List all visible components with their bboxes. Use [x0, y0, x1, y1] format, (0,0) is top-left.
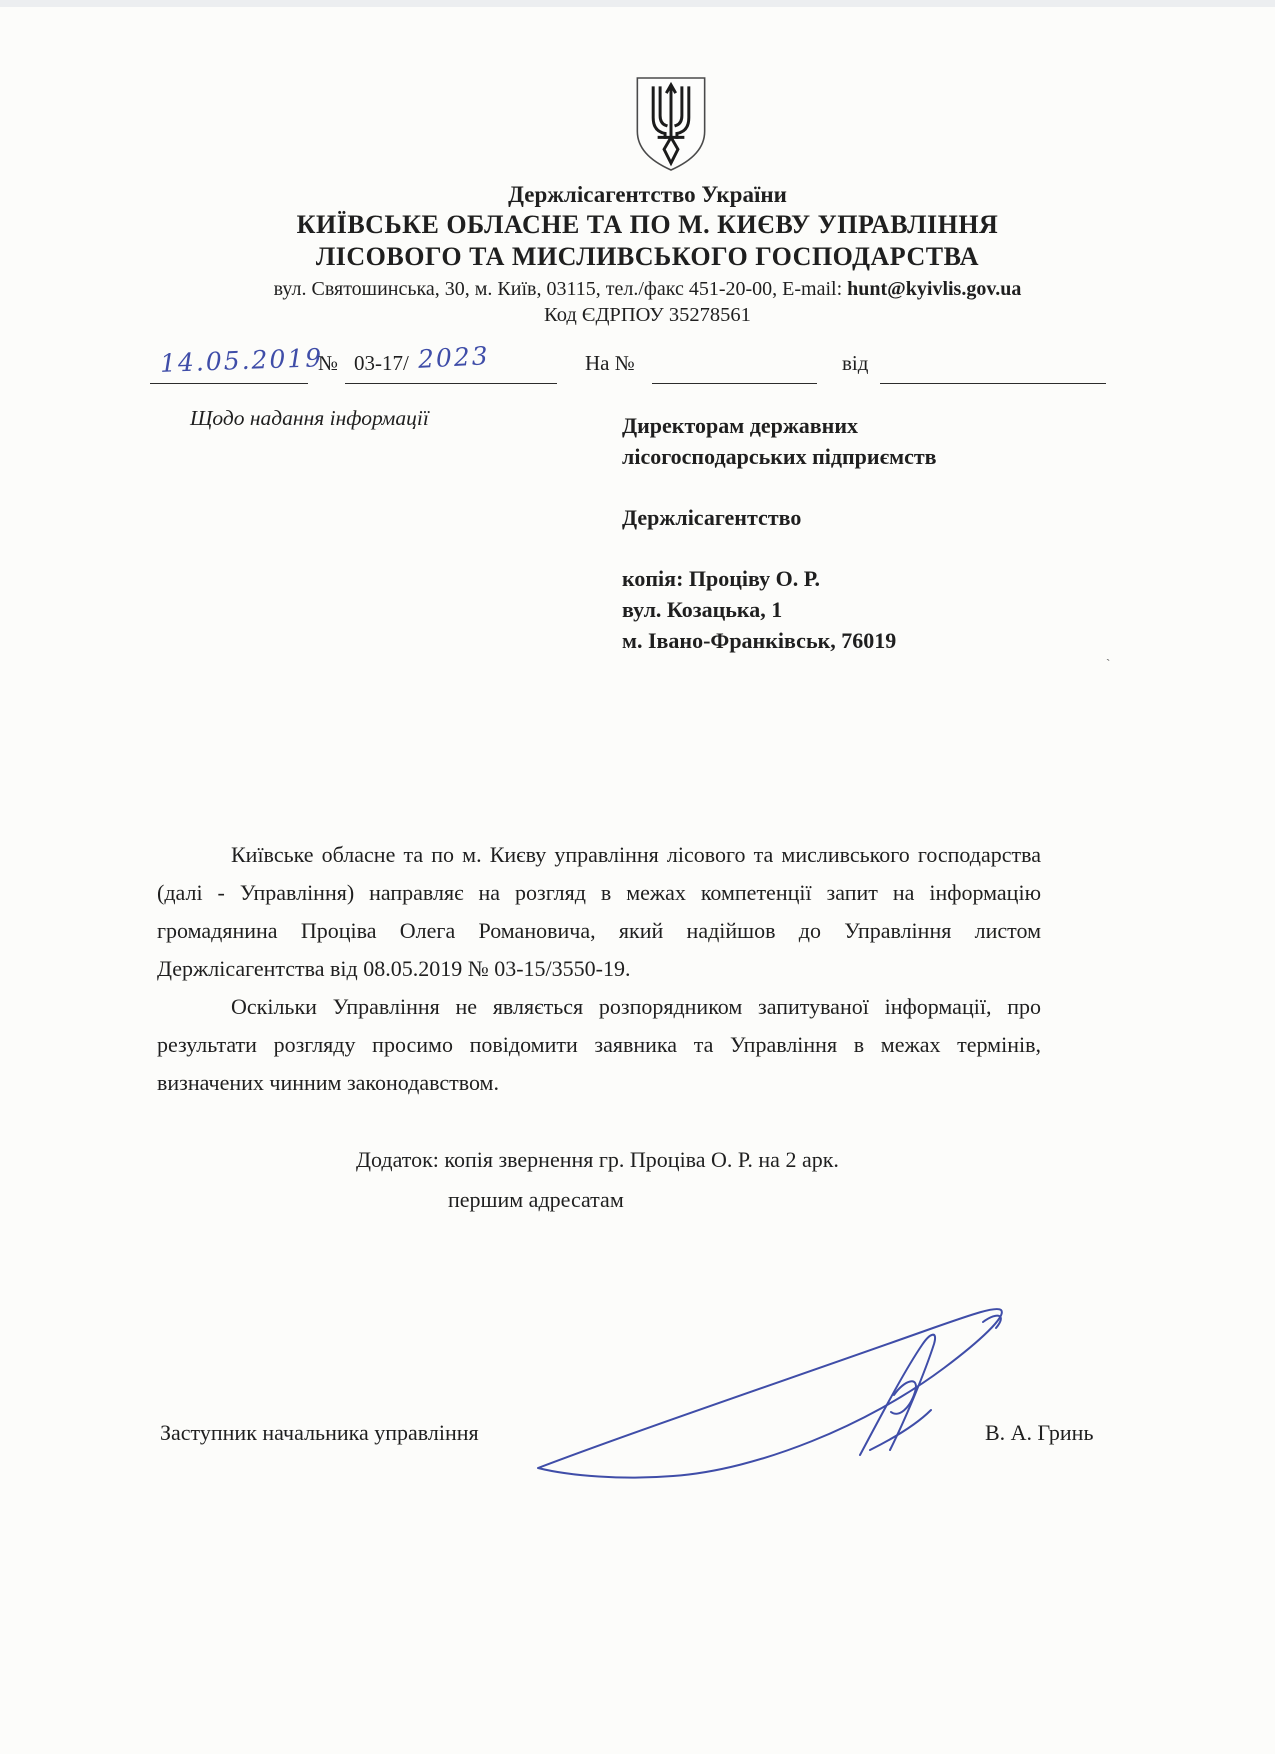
body-paragraph: Оскільки Управління не являється розпоря…	[157, 988, 1041, 1102]
addressee-line: лісогосподарських підприємств	[622, 441, 937, 472]
org-address-line: вул. Святошинська, 30, м. Київ, 03115, т…	[110, 276, 1185, 302]
org-email: hunt@kyivlis.gov.ua	[847, 278, 1021, 300]
ukraine-trident-emblem-icon	[633, 76, 709, 173]
addressee-line: Держлісагентство	[622, 502, 937, 533]
from-date-underline	[880, 383, 1106, 384]
letter-body: Київське обласне та по м. Києву управлін…	[157, 836, 1041, 1102]
address-text: вул. Святошинська, 30, м. Київ, 03115, т…	[274, 278, 848, 300]
handwritten-number: 2023	[417, 341, 490, 374]
date-underline	[150, 383, 308, 384]
reply-number-underline	[652, 383, 817, 384]
outgoing-number-printed: 03-17/	[354, 351, 409, 376]
agency-name: Держлісагентство України	[110, 180, 1185, 209]
body-paragraph: Київське обласне та по м. Києву управлін…	[157, 836, 1041, 988]
addressee-block: Директорам державних лісогосподарських п…	[622, 410, 937, 656]
letterhead: Держлісагентство України КИЇВСЬКЕ ОБЛАСН…	[110, 180, 1185, 328]
copy-recipient-line: копія: Проціву О. Р.	[622, 563, 937, 594]
addressee-line: Директорам державних	[622, 410, 937, 441]
reply-to-number-label: На №	[585, 351, 635, 376]
scan-speck-artifact: `	[1106, 656, 1110, 672]
attachment-note: Додаток: копія звернення гр. Проціва О. …	[356, 1140, 839, 1220]
org-name-line1: КИЇВСЬКЕ ОБЛАСНЕ ТА ПО М. КИЄВУ УПРАВЛІН…	[110, 209, 1185, 241]
handwritten-signature	[528, 1298, 1050, 1498]
attachment-line: Додаток: копія звернення гр. Проціва О. …	[356, 1140, 839, 1180]
number-underline	[345, 383, 557, 384]
copy-recipient-line: м. Івано-Франківськ, 76019	[622, 625, 937, 656]
scan-edge-artifact	[0, 0, 1275, 7]
subject-line: Щодо надання інформації	[190, 406, 429, 431]
org-name-line2: ЛІСОВОГО ТА МИСЛИВСЬКОГО ГОСПОДАРСТВА	[110, 241, 1185, 273]
number-sign-label: №	[318, 351, 338, 376]
from-date-label: від	[842, 351, 868, 376]
scanned-letter-page: Держлісагентство України КИЇВСЬКЕ ОБЛАСН…	[0, 0, 1275, 1754]
handwritten-date: 14.05.2019	[160, 343, 324, 378]
edrpou-code: Код ЄДРПОУ 35278561	[110, 302, 1185, 328]
signer-position-title: Заступник начальника управління	[160, 1420, 479, 1446]
attachment-line: першим адресатам	[448, 1180, 839, 1220]
copy-recipient-line: вул. Козацька, 1	[622, 594, 937, 625]
